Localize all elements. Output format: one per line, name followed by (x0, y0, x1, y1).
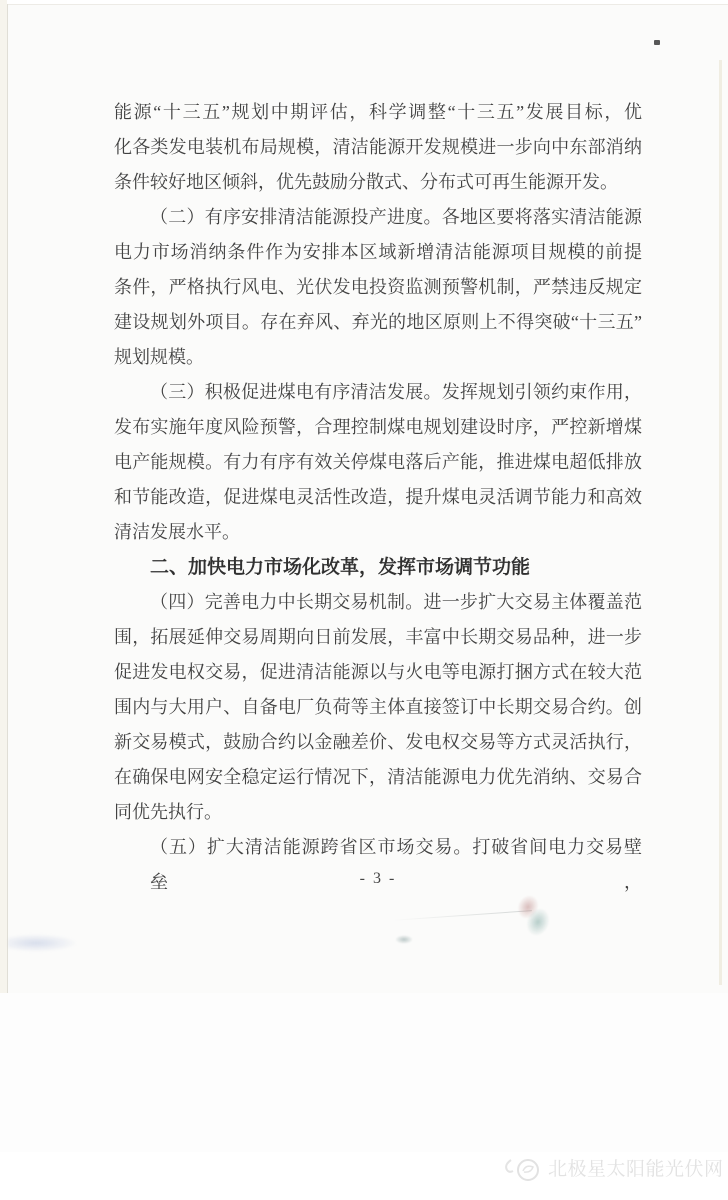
page-edge-line (7, 4, 8, 993)
text-line: （二）有序安排清洁能源投产进度。各地区要将落实清洁能源 (114, 200, 642, 235)
bjx-logo-icon (503, 1157, 543, 1183)
text-line: （四）完善电力中长期交易机制。进一步扩大交易主体覆盖范 (114, 585, 642, 620)
text-line: 促进发电权交易，促进清洁能源以与火电等电源打捆方式在较大范 (114, 655, 642, 690)
text-line: （三）积极促进煤电有序清洁发展。发挥规划引领约束作用， (114, 375, 642, 410)
text-line: 同优先执行。 (114, 795, 642, 830)
page-left-edge (0, 0, 7, 993)
text-line: 围内与大用户、自备电厂负荷等主体直接签订中长期交易合约。创 (114, 690, 642, 725)
text-line: （五）扩大清洁能源跨省区市场交易。打破省间电力交易壁垒， (114, 830, 642, 865)
text-line: 发布实施年度风险预警，合理控制煤电规划建设时序，严控新增煤 (114, 410, 642, 445)
document-body: 能源“十三五”规划中期评估，科学调整“十三五”发展目标，优 化各类发电装机布局规… (114, 95, 642, 865)
text-line: 条件，严格执行风电、光伏发电投资监测预警机制，严禁违反规定 (114, 270, 642, 305)
text-line: 和节能改造，促进煤电灵活性改造，提升煤电灵活调节能力和高效 (114, 480, 642, 515)
text-line: 在确保电网安全稳定运行情况下，清洁能源电力优先消纳、交易合 (114, 760, 642, 795)
watermark: 北极星太阳能光伏网 (503, 1156, 724, 1184)
text-line: 条件较好地区倾斜，优先鼓励分散式、分布式可再生能源开发。 (114, 165, 642, 200)
watermark-text: 北极星太阳能光伏网 (548, 1156, 724, 1184)
text-line: 化各类发电装机布局规模，清洁能源开发规模进一步向中东部消纳 (114, 130, 642, 165)
text-line: 建设规划外项目。存在弃风、弃光的地区原则上不得突破“十三五” (114, 305, 642, 340)
text-line: 围，拓展延伸交易周期向日前发展，丰富中长期交易品种，进一步 (114, 620, 642, 655)
text-line: 规划规模。 (114, 340, 642, 375)
text-line: 新交易模式，鼓励合约以金融差价、发电权交易等方式灵活执行， (114, 725, 642, 760)
scan-mark (395, 935, 413, 944)
page-number: - 3 - (114, 870, 642, 888)
page-right-edge (719, 60, 722, 985)
scan-smudge (8, 934, 78, 952)
text-line: 电产能规模。有力有序有效关停煤电落后产能，推进煤电超低排放 (114, 445, 642, 480)
text-line: 清洁发展水平。 (114, 515, 642, 550)
text-line: 能源“十三五”规划中期评估，科学调整“十三五”发展目标，优 (114, 95, 642, 130)
scan-speck (654, 40, 660, 45)
section-heading: 二、加快电力市场化改革，发挥市场调节功能 (114, 550, 642, 585)
page-surface-lower (0, 993, 728, 1152)
text-line: 电力市场消纳条件作为安排本区域新增清洁能源项目规模的前提 (114, 235, 642, 270)
